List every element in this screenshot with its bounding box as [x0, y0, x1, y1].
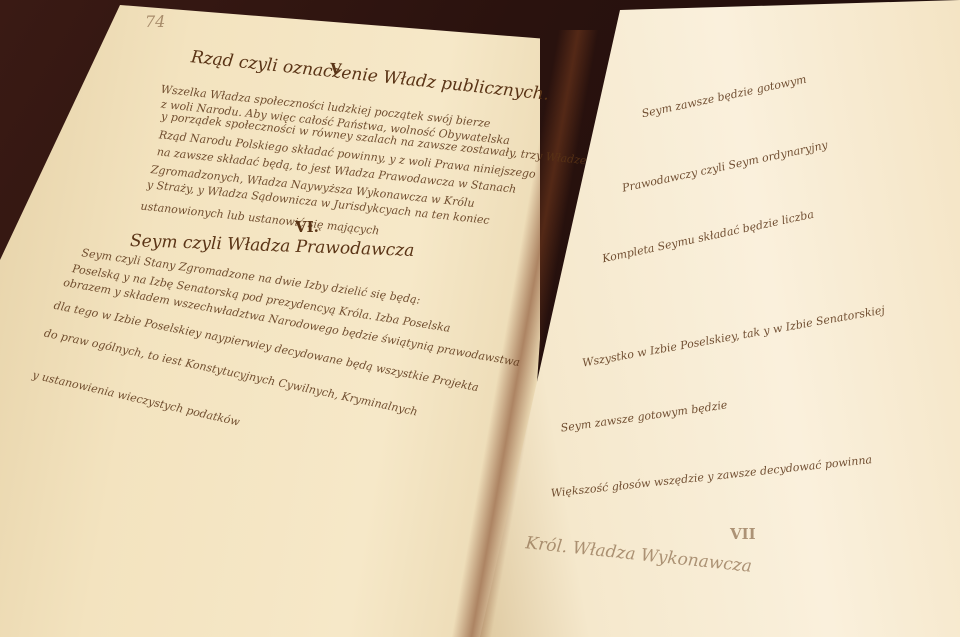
- section-vi-mark: VI.: [295, 218, 319, 236]
- open-manuscript-book: 74 V Rząd czyli oznaczenie Władz publicz…: [0, 0, 960, 637]
- page-number: 74: [145, 12, 165, 31]
- section-vii-mark: VII: [730, 525, 756, 543]
